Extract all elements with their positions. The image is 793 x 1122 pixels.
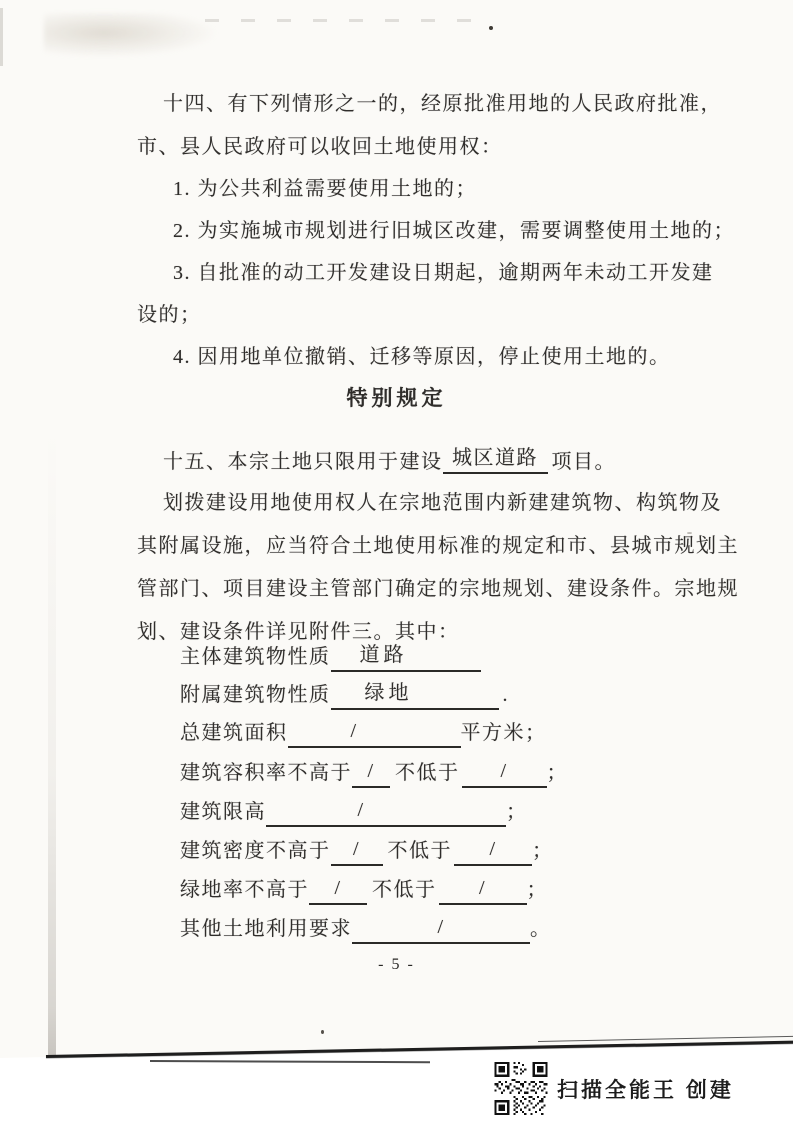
blank-value: /: [367, 760, 374, 782]
paragraph-line: 市、县人民政府可以收回土地使用权：: [137, 130, 503, 159]
field-label: 建筑容积率不高于: [180, 762, 352, 784]
field-label: 建筑密度不高于: [180, 840, 331, 862]
blank-field: 道路: [331, 640, 481, 672]
blank-value: /: [350, 720, 397, 742]
blank-field: /: [288, 716, 461, 748]
page-number: - 5 -: [0, 956, 793, 974]
footer-scanner-text: 扫描全能王 创建: [557, 1074, 734, 1104]
section-heading: 特别规定: [0, 382, 793, 412]
field-suffix: ；: [506, 801, 528, 823]
paragraph-line: 其附属设施，应当符合土地使用标准的规定和市、县城市规划主: [137, 529, 739, 558]
list-item: 1. 为公共利益需要使用土地的；: [173, 172, 477, 201]
blank-value: 城区道路: [452, 447, 538, 469]
paper-edge-line: [150, 1060, 430, 1063]
field-label: 不低于: [372, 879, 437, 901]
field-label: 不低于: [395, 762, 460, 784]
blank-value: /: [357, 799, 414, 821]
form-row-total-floor-area: 总建筑面积/平方米；: [180, 716, 547, 746]
scan-speck: [489, 26, 493, 30]
blank-field: /: [352, 756, 390, 788]
blank-field: /: [331, 834, 383, 866]
blank-field: /: [352, 912, 530, 944]
paragraph-line: 管部门、项目建设主管部门确定的宗地规划、建设条件。宗地规: [137, 572, 739, 601]
field-suffix: ；: [547, 762, 569, 784]
list-item: 2. 为实施城市规划进行旧城区改建，需要调整使用土地的；: [173, 214, 735, 243]
field-suffix: 。: [530, 918, 552, 940]
blank-field: /: [454, 834, 532, 866]
field-label: 主体建筑物性质: [180, 646, 331, 668]
blank-value: 道路: [360, 644, 452, 666]
blank-value: /: [437, 916, 444, 938]
blank-value: 绿地: [365, 682, 465, 704]
field-label: 绿地率不高于: [180, 879, 309, 901]
blank-field: 城区道路: [443, 444, 548, 474]
blank-field: 绿地: [331, 678, 499, 710]
field-label: 附属建筑物性质: [180, 684, 331, 706]
scanned-document-page: 十四、有下列情形之一的，经原批准用地的人民政府批准， 市、县人民政府可以收回土地…: [0, 0, 793, 1122]
blank-value: /: [353, 838, 360, 860]
clause15-line: 十五、本宗土地只限用于建设城区道路项目。: [163, 444, 616, 474]
form-row-green-ratio: 绿地率不高于/不低于/；: [180, 873, 548, 903]
blank-field: /: [309, 873, 367, 905]
blank-field: /: [439, 873, 527, 905]
qr-code-icon: [493, 1062, 549, 1115]
scan-shadow-blob: [44, 13, 216, 57]
list-item-continuation: 设的；: [137, 298, 202, 327]
field-label: 建筑限高: [180, 801, 266, 823]
field-suffix: ；: [532, 840, 554, 862]
scan-top-dashes: [205, 19, 487, 22]
blank-field: /: [462, 756, 547, 788]
form-row-building-density: 建筑密度不高于/不低于/；: [180, 834, 554, 864]
form-row-height-limit: 建筑限高/；: [180, 795, 528, 825]
form-row-other-land-use: 其他土地利用要求/。: [180, 912, 552, 942]
field-suffix: ；: [527, 879, 549, 901]
field-suffix: 平方米；: [461, 722, 547, 744]
clause15-prefix: 十五、本宗土地只限用于建设: [163, 451, 443, 473]
form-row-plot-ratio: 建筑容积率不高于/不低于/；: [180, 756, 568, 786]
scan-speck: [321, 1030, 324, 1034]
blank-value: /: [334, 877, 341, 899]
paragraph-line: 划拨建设用地使用权人在宗地范围内新建建筑物、构筑物及: [163, 486, 722, 515]
list-item: 4. 因用地单位撤销、迁移等原因，停止使用土地的。: [173, 340, 671, 369]
clause15-suffix: 项目。: [552, 451, 617, 473]
paper-background: [0, 0, 793, 1122]
blank-value: /: [500, 760, 507, 782]
blank-field: /: [266, 795, 506, 827]
paragraph-line: 十四、有下列情形之一的，经原批准用地的人民政府批准，: [163, 87, 722, 116]
list-item: 3. 自批准的动工开发建设日期起，逾期两年未动工开发建: [173, 256, 714, 285]
form-row-auxiliary-building: 附属建筑物性质绿地.: [180, 678, 509, 708]
scan-left-edge-mark: [0, 8, 3, 66]
form-row-main-building: 主体建筑物性质道路: [180, 640, 485, 670]
field-suffix: .: [503, 684, 510, 706]
field-label: 其他土地利用要求: [180, 918, 352, 940]
field-label: 总建筑面积: [180, 722, 288, 744]
blank-value: /: [479, 877, 486, 899]
field-label: 不低于: [388, 840, 453, 862]
blank-value: /: [489, 838, 496, 860]
